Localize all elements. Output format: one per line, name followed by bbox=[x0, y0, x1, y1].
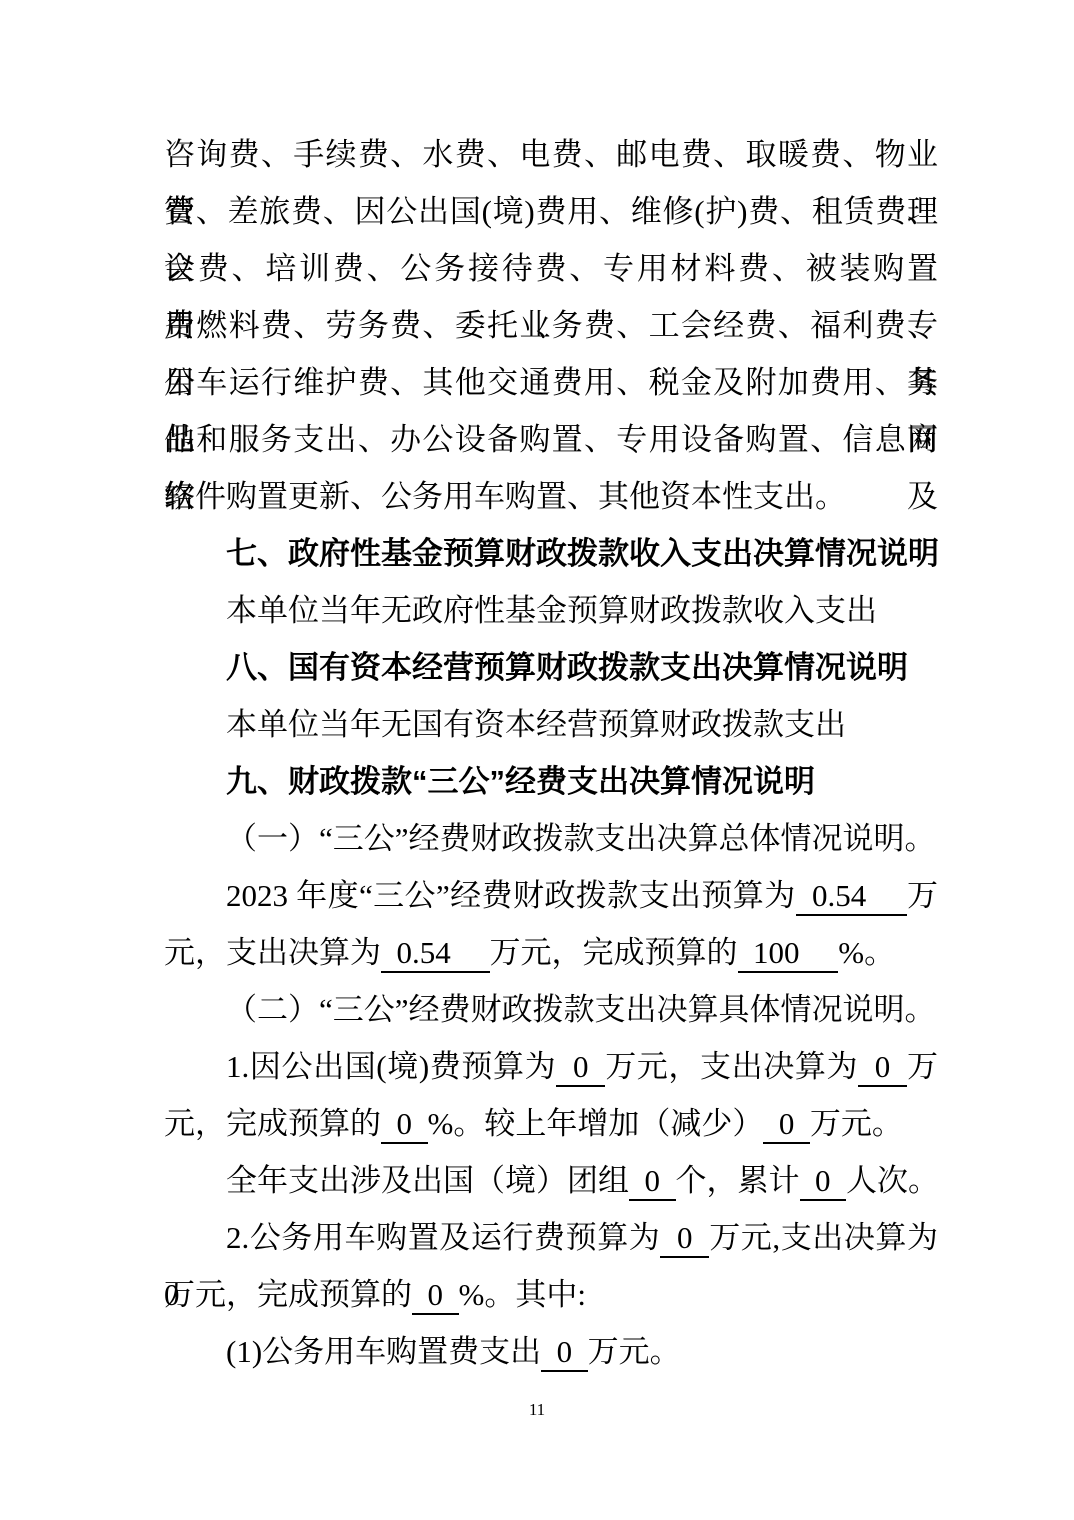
filled-blank-value: 100 bbox=[738, 935, 839, 973]
fee-list-line-3: 议费、培训费、公务接待费、专用材料费、被装购置费、专 bbox=[164, 240, 938, 297]
text-run: 九、财政拨款“三公”经费支出决算情况说明 bbox=[226, 764, 815, 799]
text-run: 元，支出决算为 bbox=[164, 935, 381, 970]
text-run: （二）“三公”经费财政拨款支出决算具体情况说明。 bbox=[226, 992, 936, 1027]
text-run: 元，完成预算的 bbox=[164, 1106, 381, 1141]
text-run: 万元。 bbox=[810, 1106, 903, 1141]
abroad-groups-line: 全年支出涉及出国（境）团组 0 个，累计 0 人次。 bbox=[164, 1152, 938, 1209]
text-run: %。其中: bbox=[459, 1277, 586, 1312]
vehicle-line-2: 万元，完成预算的 0 %。其中: bbox=[164, 1266, 938, 1323]
page-number: 11 bbox=[0, 1400, 1074, 1420]
text-run: 1.因公出国(境)费预算为 bbox=[226, 1049, 556, 1084]
heading-section-9: 九、财政拨款“三公”经费支出决算情况说明 bbox=[164, 753, 938, 810]
text-run: 万元，完成预算的 bbox=[164, 1277, 412, 1312]
filled-blank-value: 0 bbox=[858, 1049, 907, 1087]
fee-list-line-7: 软件购置更新、公务用车购置、其他资本性支出。 bbox=[164, 468, 938, 525]
filled-blank-value: 0 bbox=[629, 1163, 676, 1201]
fee-list-line-4: 用燃料费、劳务费、委托业务费、工会经费、福利费、公务 bbox=[164, 297, 938, 354]
filled-blank-value: 0 bbox=[381, 1106, 428, 1144]
section-9-1-title: （一）“三公”经费财政拨款支出决算总体情况说明。 bbox=[164, 810, 938, 867]
text-run: 八、国有资本经营预算财政拨款支出决算情况说明 bbox=[226, 650, 908, 685]
filled-blank-value: 0 bbox=[660, 1220, 709, 1258]
section-9-2-title: （二）“三公”经费财政拨款支出决算具体情况说明。 bbox=[164, 981, 938, 1038]
filled-blank-value: 0 bbox=[541, 1334, 588, 1372]
text-run: 万元，完成预算的 bbox=[490, 935, 738, 970]
text-run: 个，累计 bbox=[676, 1163, 800, 1198]
text-run: %。 bbox=[838, 935, 895, 970]
text-run: 万 bbox=[907, 1049, 938, 1084]
heading-section-8: 八、国有资本经营预算财政拨款支出决算情况说明 bbox=[164, 639, 938, 696]
vehicle-purchase-line: (1)公务用车购置费支出 0 万元。 bbox=[164, 1323, 938, 1380]
text-run: 七、政府性基金预算财政拨款收入支出决算情况说明 bbox=[226, 536, 939, 571]
heading-section-7: 七、政府性基金预算财政拨款收入支出决算情况说明 bbox=[164, 525, 938, 582]
text-run: 本单位当年无政府性基金预算财政拨款收入支出 bbox=[226, 593, 877, 628]
text-run: 万元。 bbox=[588, 1334, 681, 1369]
text-run: 人次。 bbox=[846, 1163, 939, 1198]
fee-list-line-1: 咨询费、手续费、水费、电费、邮电费、取暖费、物业管理 bbox=[164, 126, 938, 183]
filled-blank-value: 0 bbox=[800, 1163, 847, 1201]
overall-line-2: 元，支出决算为 0.54 万元，完成预算的 100 %。 bbox=[164, 924, 938, 981]
overall-line-1: 2023 年度“三公”经费财政拨款支出预算为 0.54 万 bbox=[164, 867, 938, 924]
fee-list-line-6: 品和服务支出、办公设备购置、专用设备购置、信息网络及 bbox=[164, 411, 938, 468]
filled-blank-value: 0.54 bbox=[796, 878, 907, 916]
text-run: 软件购置更新、公务用车购置、其他资本性支出。 bbox=[164, 479, 846, 514]
vehicle-line-1: 2.公务用车购置及运行费预算为 0 万元,支出决算为 0 bbox=[164, 1209, 938, 1266]
document-page: 咨询费、手续费、水费、电费、邮电费、取暖费、物业管理费、差旅费、因公出国(境)费… bbox=[0, 0, 1074, 1520]
abroad-line-2: 元，完成预算的 0 %。较上年增加（减少） 0 万元。 bbox=[164, 1095, 938, 1152]
text-run: 万元，支出决算为 bbox=[605, 1049, 858, 1084]
fee-list-line-5: 用车运行维护费、其他交通费用、税金及附加费用、其他商 bbox=[164, 354, 938, 411]
section-8-body: 本单位当年无国有资本经营预算财政拨款支出 bbox=[164, 696, 938, 753]
section-7-body: 本单位当年无政府性基金预算财政拨款收入支出 bbox=[164, 582, 938, 639]
text-run: 2.公务用车购置及运行费预算为 bbox=[226, 1220, 660, 1255]
text-run: 万 bbox=[907, 878, 938, 913]
filled-blank-value: 0 bbox=[412, 1277, 459, 1315]
filled-blank-value: 0.54 bbox=[381, 935, 490, 973]
document-body: 咨询费、手续费、水费、电费、邮电费、取暖费、物业管理费、差旅费、因公出国(境)费… bbox=[164, 126, 938, 1380]
text-run: 2023 年度“三公”经费财政拨款支出预算为 bbox=[226, 878, 796, 913]
fee-list-line-2: 费、差旅费、因公出国(境)费用、维修(护)费、租赁费、会 bbox=[164, 183, 938, 240]
text-run: %。较上年增加（减少） bbox=[428, 1106, 764, 1141]
text-run: 本单位当年无国有资本经营预算财政拨款支出 bbox=[226, 707, 846, 742]
filled-blank-value: 0 bbox=[763, 1106, 810, 1144]
abroad-line-1: 1.因公出国(境)费预算为 0 万元，支出决算为 0 万 bbox=[164, 1038, 938, 1095]
text-run: 全年支出涉及出国（境）团组 bbox=[226, 1163, 629, 1198]
filled-blank-value: 0 bbox=[556, 1049, 605, 1087]
text-run: （一）“三公”经费财政拨款支出决算总体情况说明。 bbox=[226, 821, 936, 856]
text-run: (1)公务用车购置费支出 bbox=[226, 1334, 541, 1369]
